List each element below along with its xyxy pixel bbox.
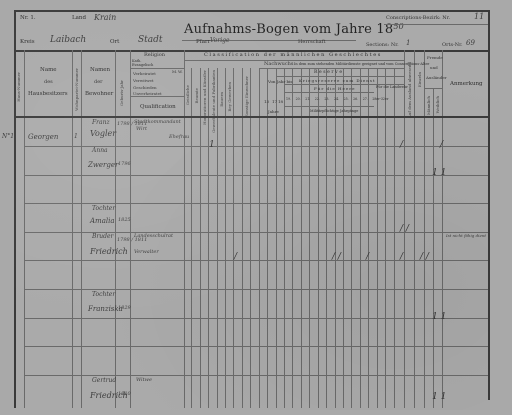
col-name-des: des xyxy=(44,80,53,85)
year-col: 22. xyxy=(315,97,320,101)
class-bey-gewerben: Bey Gewerben xyxy=(227,82,232,112)
col-namen-der: der xyxy=(94,80,103,85)
bewohner-nachname: Vogler xyxy=(90,130,116,138)
col-line xyxy=(276,68,277,408)
haus-nr: N°1 xyxy=(2,134,14,140)
bewohner-vorname: Anna xyxy=(92,148,108,154)
col-line xyxy=(377,68,378,408)
stand-verheiratet: Verheiratet xyxy=(133,72,156,76)
bewohner-vorname: Gertrud xyxy=(92,378,116,384)
col-line xyxy=(335,68,336,408)
class-gewerbsleute: Gewerbsleute und Fabrikanten xyxy=(211,70,216,133)
header-rule xyxy=(424,88,442,89)
col-fuer-heere: Für die Heere xyxy=(314,87,356,91)
col-line xyxy=(351,68,352,408)
col-line xyxy=(250,68,251,408)
col-line xyxy=(414,50,415,408)
col-line xyxy=(225,68,226,408)
col-name: Name xyxy=(40,68,57,74)
tally-mark: 1 xyxy=(209,140,215,150)
pfarr-value: Vorige xyxy=(210,38,230,44)
tally-mark: 1 1 xyxy=(432,392,446,402)
partei-nr: 1 xyxy=(74,134,78,140)
row-rule xyxy=(24,289,488,290)
col-line xyxy=(130,50,131,408)
col-bewohner: Bewohner xyxy=(85,92,113,98)
col-line xyxy=(267,68,268,408)
col-reserve-sub: Kriegsreserve zum Dienst xyxy=(299,79,376,83)
qualification: Verwalter xyxy=(134,250,159,255)
col-line xyxy=(385,68,386,408)
hausbesitzer-name: Georgen xyxy=(28,134,58,141)
fremde-maennlich: Männlich xyxy=(426,96,431,115)
year-col: 23. xyxy=(324,97,329,101)
frame-top xyxy=(14,10,490,12)
anmerkung-note: Ist nicht fähig dient xyxy=(446,234,486,238)
col-fremde-und: und xyxy=(430,66,438,70)
col-line xyxy=(242,68,243,408)
kreis-label: Kreis xyxy=(20,40,35,46)
geburtsjahr: 1810 xyxy=(118,392,131,397)
col-line xyxy=(318,68,319,408)
col-nachwuchs: Nachwuchs xyxy=(264,62,293,67)
col-geburtsjahr: Geburts-Jahr xyxy=(119,80,124,106)
row-rule xyxy=(24,175,488,176)
year-col: 24. xyxy=(334,97,339,101)
wehrpflicht-jahrgaenge: 19. 20. 21. 22. 23. 24. 25. 26. 27. 28er… xyxy=(286,98,388,101)
col-line xyxy=(72,50,73,408)
orts-value: 69 xyxy=(466,40,475,47)
geburtsjahr: 1825 xyxy=(118,218,131,223)
ort-label: Ort xyxy=(110,40,119,46)
header-rule xyxy=(184,60,404,61)
orts-label: Orts-Nr. xyxy=(442,43,463,48)
col-qualification: Qualification xyxy=(140,105,176,111)
conscription-label: Conscriptions-Bezirk: Nr. xyxy=(386,16,450,21)
tally-mark: 1 1 xyxy=(432,312,446,322)
bewohner-vorname: Tochter xyxy=(92,206,115,212)
col-line xyxy=(343,68,344,408)
tally-mark: / / xyxy=(420,252,429,262)
form-number: Nr. 1. xyxy=(20,16,36,22)
year-col: 19. xyxy=(286,97,291,101)
fremde-weiblich: Weiblich xyxy=(435,96,440,113)
conscription-value: 11 xyxy=(474,13,484,21)
frame-left xyxy=(14,10,16,408)
year-col: 26. xyxy=(353,97,358,101)
class-honoratioren: Honoratioren und Künstler xyxy=(202,70,207,125)
col-auslaender: Ausländer xyxy=(426,76,447,80)
header-rule xyxy=(259,68,404,69)
stand-m: M. xyxy=(172,70,177,74)
census-form-paper: Nr. 1. Land Krain Aufnahms-Bogen vom Jah… xyxy=(14,10,490,410)
col-religion: Religion xyxy=(144,53,165,58)
class-beamte: Beamte xyxy=(194,88,199,103)
col-einzeln: Einzeln xyxy=(417,72,422,87)
nachwuchs-age-13: 13 xyxy=(264,100,269,104)
bewohner-nachname: Friedrich xyxy=(90,248,128,256)
row-rule xyxy=(24,346,488,347)
bewohner-nachname: Zwerger xyxy=(88,162,118,169)
bewohner-vorname: Bruder xyxy=(92,234,113,240)
col-line xyxy=(360,68,361,408)
row-rule xyxy=(24,318,488,319)
qualification: Wirt xyxy=(136,127,147,132)
tally-mark: / xyxy=(440,140,443,150)
col-line xyxy=(208,68,209,408)
col-line xyxy=(309,68,310,408)
header-rule xyxy=(130,96,184,97)
land-label: Land xyxy=(72,16,86,22)
col-anmerkung: Anmerkung xyxy=(450,82,483,88)
nachwuchs-age-17: 17 xyxy=(272,100,277,104)
col-line xyxy=(259,68,260,408)
qualification: Stadtkommandant xyxy=(134,120,181,125)
frame-right xyxy=(488,10,490,400)
tally-mark: / xyxy=(400,140,403,150)
header-rule xyxy=(284,106,374,107)
nachwuchs-sub: Von Jahr bis xyxy=(268,80,292,84)
ort-value: Stadt xyxy=(138,36,163,45)
qualification: Landesschulrat xyxy=(134,234,173,239)
scanned-census-sheet: Nr. 1. Land Krain Aufnahms-Bogen vom Jah… xyxy=(0,0,512,415)
religion-evang: Evangelisch xyxy=(132,64,153,68)
paper-texture xyxy=(14,10,490,410)
geburtsjahr: 1796 xyxy=(118,162,131,167)
col-line xyxy=(394,68,395,408)
kreis-value: Laibach xyxy=(50,36,86,45)
stand-unverheiratet: Unverheiratet xyxy=(133,92,162,96)
year-col: 28er-32er xyxy=(372,97,388,101)
stand-w: W. xyxy=(178,70,183,74)
land-value: Krain xyxy=(94,14,116,22)
pfarr-label: Pfarr xyxy=(196,40,210,46)
nachwuchs-footer: Jahre xyxy=(268,110,279,114)
header-rule-right xyxy=(384,24,488,25)
year-col: 27. xyxy=(363,97,368,101)
year-col: 21. xyxy=(305,97,310,101)
form-title: Aufnahms-Bogen vom Jahre 1850 xyxy=(184,23,404,36)
col-line xyxy=(424,50,425,408)
row-rule xyxy=(24,375,488,376)
tally-mark: 1 1 xyxy=(432,168,446,178)
tally-mark: / xyxy=(234,252,237,262)
col-line xyxy=(24,50,25,408)
col-line xyxy=(292,68,293,408)
col-fuer-landwehr: Für die Landwehr xyxy=(376,86,408,90)
col-namen: Namen xyxy=(90,68,110,74)
bewohner-vorname: Tochter xyxy=(92,292,115,298)
col-reserve: Reserve xyxy=(314,71,344,76)
stand-verwitwet: Verwitwet xyxy=(133,79,154,83)
table-header-bottom-rule xyxy=(14,116,490,118)
col-line xyxy=(81,50,82,408)
tally-mark: / / xyxy=(332,252,341,262)
col-line xyxy=(433,88,434,408)
col-classification: Classification der männlichen Geschlecht… xyxy=(204,53,382,58)
col-line xyxy=(326,68,327,408)
title-text: Aufnahms-Bogen vom Jahre 18 xyxy=(184,22,393,37)
tally-mark: / / xyxy=(400,224,409,234)
qualification: Ehefrau xyxy=(169,135,189,140)
col-line xyxy=(368,68,369,408)
col-hausbesitzer: Hausbesitzers xyxy=(28,92,68,98)
col-line xyxy=(233,68,234,408)
nachwuchs-age-18: 18 xyxy=(278,100,283,104)
class-geistliche: Geistliche xyxy=(185,85,190,105)
tally-mark: / xyxy=(366,252,369,262)
wehrpflicht-footer: Militärpflichtige Jahrgänge xyxy=(310,110,358,114)
geburtsjahr: 1829 xyxy=(118,306,131,311)
col-line xyxy=(200,68,201,408)
header-rule xyxy=(284,92,374,93)
col-abwesend: Auf dem Ausland abwesend xyxy=(407,62,412,118)
class-bauern: Bauern xyxy=(219,92,224,107)
bewohner-nachname: Amalia xyxy=(90,218,115,225)
header-rule xyxy=(276,76,404,77)
row-rule xyxy=(24,203,488,204)
col-line xyxy=(442,50,443,408)
row-rule xyxy=(24,260,488,261)
col-line xyxy=(217,68,218,408)
col-line xyxy=(301,68,302,408)
herrschaft-label: Herrschaft xyxy=(298,40,326,45)
col-line xyxy=(115,50,116,408)
col-haus-nummer: Haus-Nummer xyxy=(16,72,21,102)
stand-geschieden: Geschieden xyxy=(133,86,157,90)
bewohner-vorname: Franz xyxy=(92,120,110,126)
sections-value: 1 xyxy=(406,40,410,47)
year-col: 20. xyxy=(296,97,301,101)
tally-mark: / xyxy=(400,252,403,262)
col-line xyxy=(191,68,192,408)
sections-label: Sections: Nr. xyxy=(366,43,399,48)
year-col: 25. xyxy=(344,97,349,101)
col-wohnpartei: Wohnpartei-Nummer xyxy=(74,68,79,111)
class-sonstige: Sonstige Einwohner xyxy=(244,76,249,117)
col-fremde: Fremde xyxy=(427,56,443,60)
col-line xyxy=(284,68,285,408)
qualification: Witwe xyxy=(136,378,152,383)
